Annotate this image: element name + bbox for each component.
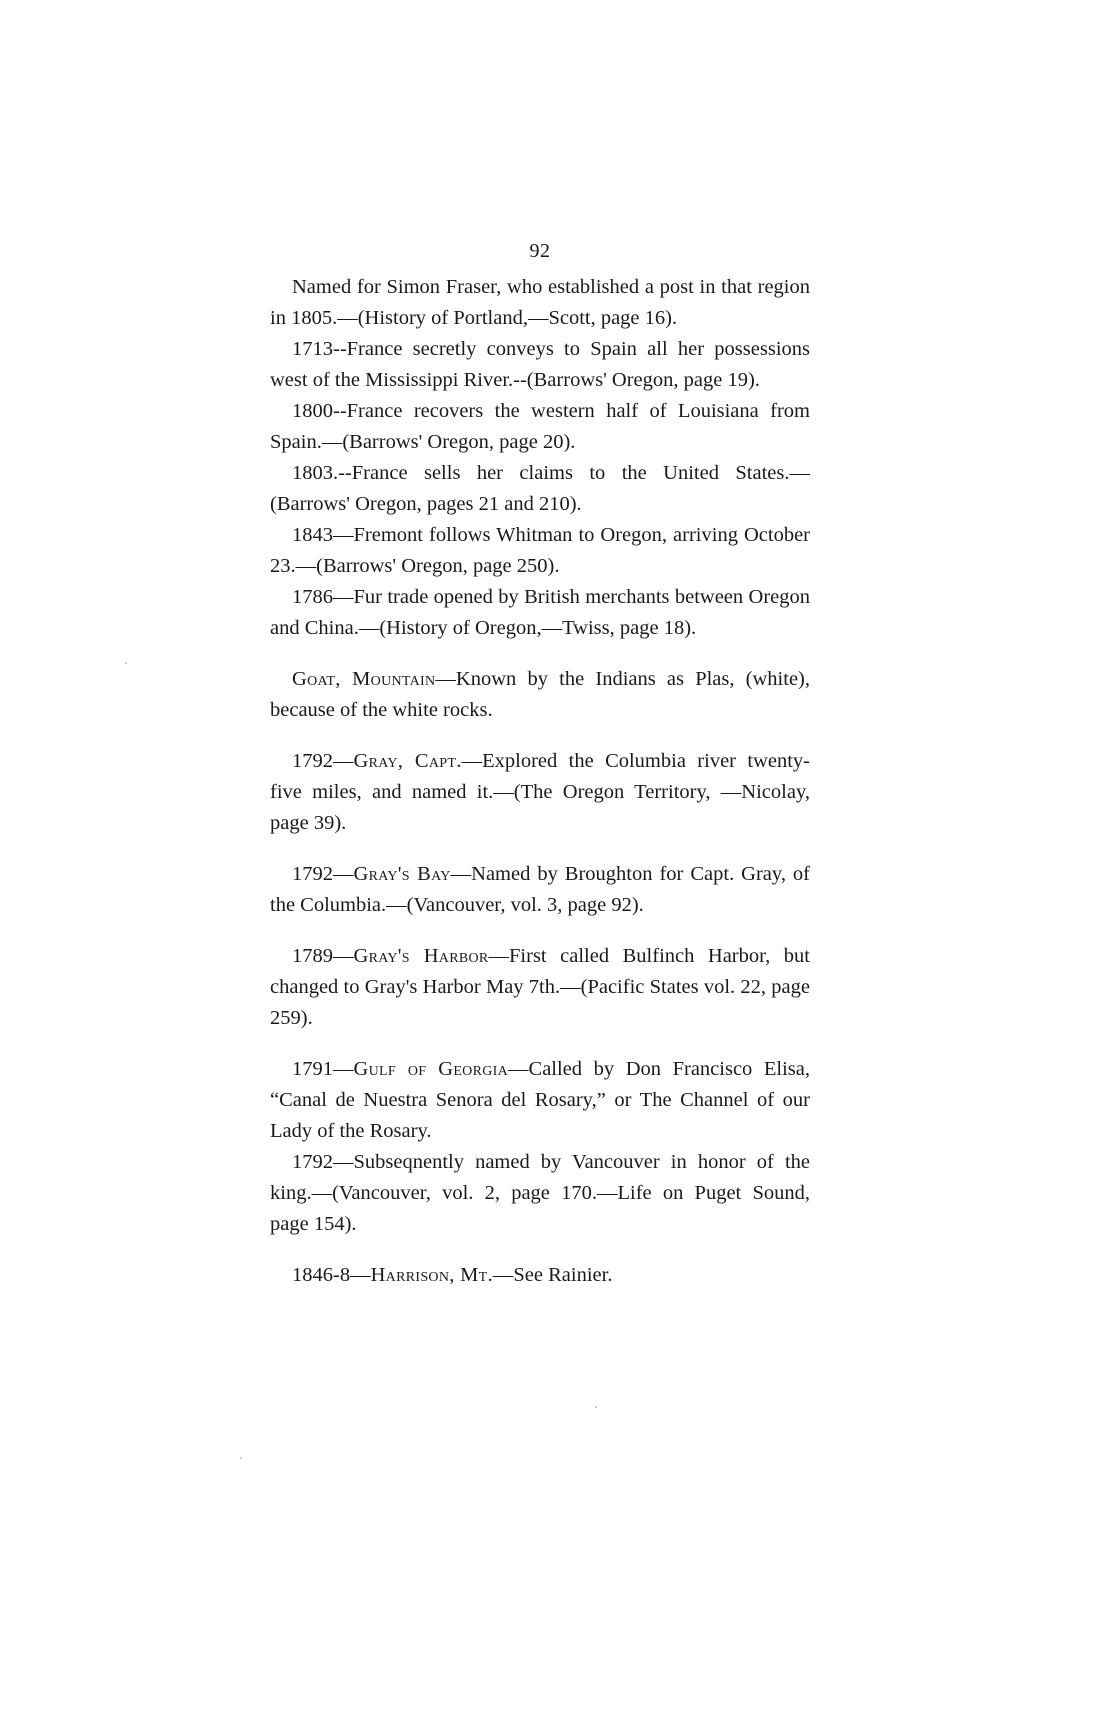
entry-heading: Gray, Capt.: [354, 750, 462, 772]
entry-year: 1792—: [292, 750, 354, 772]
paragraph-text: 1843—Fremont follows Whitman to Oregon, …: [270, 524, 810, 577]
entry-harrison-mt: 1846-8—Harrison, Mt.—See Rainier.: [270, 1260, 810, 1291]
paragraph-text: 1792—Subseqnently named by Vancouver in …: [270, 1151, 810, 1235]
paragraph-text: 1800--France recovers the western half o…: [270, 400, 810, 453]
entry-heading: Gray's Bay: [354, 863, 451, 885]
paragraph-1792-vancouver: 1792—Subseqnently named by Vancouver in …: [270, 1147, 810, 1240]
paragraph-text: 1803.--France sells her claims to the Un…: [270, 462, 810, 515]
paragraph-text: 1713--France secretly conveys to Spain a…: [270, 338, 810, 391]
entry-year: 1792—: [292, 863, 354, 885]
entry-heading: Gray's Harbor: [354, 945, 489, 967]
scan-speck: [125, 662, 127, 664]
paragraph-1786: 1786—Fur trade opened by British merchan…: [270, 582, 810, 644]
entry-year: 1846-8—: [292, 1264, 371, 1286]
entry-year: 1791—: [292, 1058, 354, 1080]
entry-text: —See Rainier.: [493, 1264, 613, 1286]
page-body: Named for Simon Fraser, who established …: [270, 272, 810, 1291]
entry-goat-mountain: Goat, Mountain—Known by the Indians as P…: [270, 664, 810, 726]
entry-gulf-of-georgia: 1791—Gulf of Georgia—Called by Don Franc…: [270, 1054, 810, 1147]
scan-speck: [595, 1406, 597, 1408]
paragraph-1803: 1803.--France sells her claims to the Un…: [270, 458, 810, 520]
entry-grays-bay: 1792—Gray's Bay—Named by Broughton for C…: [270, 859, 810, 921]
scan-speck: [240, 1457, 242, 1459]
paragraph-1800: 1800--France recovers the western half o…: [270, 396, 810, 458]
entry-gray-capt: 1792—Gray, Capt.—Explored the Columbia r…: [270, 746, 810, 839]
entry-heading: Harrison, Mt.: [371, 1264, 493, 1286]
paragraph-1843: 1843—Fremont follows Whitman to Oregon, …: [270, 520, 810, 582]
paragraph-fraser: Named for Simon Fraser, who established …: [270, 272, 810, 334]
page-number: 92: [270, 240, 810, 263]
paragraph-1713: 1713--France secretly conveys to Spain a…: [270, 334, 810, 396]
paragraph-text: Named for Simon Fraser, who established …: [270, 276, 810, 329]
entry-grays-harbor: 1789—Gray's Harbor—First called Bulfinch…: [270, 941, 810, 1034]
entry-year: 1789—: [292, 945, 354, 967]
entry-heading: Gulf of Georgia: [354, 1058, 509, 1080]
paragraph-text: 1786—Fur trade opened by British merchan…: [270, 586, 810, 639]
entry-heading: Goat, Mountain: [292, 668, 435, 690]
